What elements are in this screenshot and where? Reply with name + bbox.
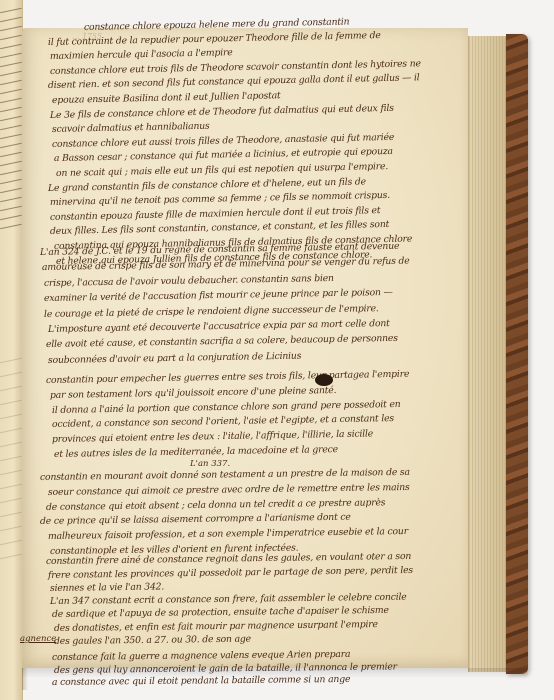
left-page-handwriting <box>0 44 22 51</box>
manuscript-line: provinces qui etoient entre les deux : l… <box>52 429 373 446</box>
manuscript-line: frere constant les provinces qu'il posse… <box>48 564 413 580</box>
left-page-handwriting <box>0 170 22 177</box>
left-page-handwriting <box>0 206 22 213</box>
left-page-handwriting <box>0 26 22 33</box>
manuscript-line: des donatistes, et enfin est fait mourir… <box>54 619 378 634</box>
manuscript-line: de constance qui etoit absent ; cela don… <box>46 497 385 513</box>
left-page-handwriting <box>0 134 22 141</box>
manuscript-line: Le 3e fils de constance chlore et de The… <box>50 102 394 120</box>
left-page-handwriting <box>0 188 22 195</box>
ink-blot <box>315 374 333 386</box>
left-page-handwriting <box>0 116 22 123</box>
left-page-handwriting <box>0 526 22 533</box>
left-page-handwriting <box>0 80 22 87</box>
handwritten-text: constance chlore epouza helene mere du g… <box>22 28 468 668</box>
left-page-handwriting <box>0 98 22 105</box>
manuscript-line: L'imposture ayant eté decouverte l'accus… <box>48 318 390 335</box>
manuscript-line: constantin en mourant avoit donné son te… <box>40 467 410 483</box>
left-page-handwriting <box>0 89 22 96</box>
manuscript-line: occident, a constance son second l'orien… <box>52 413 394 430</box>
left-page-handwriting <box>0 400 22 407</box>
book-shadow <box>22 668 528 678</box>
left-page-handwriting <box>0 484 22 491</box>
left-page-handwriting <box>0 386 22 393</box>
manuscript-page: … 1755 … constance chlore epouza helene … <box>22 28 468 668</box>
manuscript-line: constantin pour empecher les guerres ent… <box>46 369 409 386</box>
left-page-handwriting <box>0 17 22 24</box>
manuscript-line: epouza ensuite Basilina dont il eut Jull… <box>52 90 281 106</box>
manuscript-line: malheureux faisoit profession, et a son … <box>48 526 408 542</box>
left-page-handwriting <box>0 414 22 421</box>
left-page-handwriting <box>0 470 22 477</box>
left-page-handwriting <box>0 125 22 132</box>
left-page-handwriting <box>0 498 22 505</box>
manuscript-line: de sardique et l'apuya de sa protection,… <box>52 605 389 620</box>
manuscript-line: crispe, l'accusa de l'avoir voulu debauc… <box>44 273 334 289</box>
manuscript-photo: … 1755 … constance chlore epouza helene … <box>0 0 554 700</box>
manuscript-line: des gaules l'an 350. a 27. ou 30. de son… <box>54 634 251 647</box>
left-page-handwriting <box>0 372 22 379</box>
margin-annotation: agnence <box>20 634 56 644</box>
left-page-handwriting <box>0 53 22 60</box>
left-page-handwriting <box>0 512 22 519</box>
left-page-handwriting <box>0 8 22 15</box>
left-page-handwriting <box>0 35 22 42</box>
left-page-handwriting <box>0 428 22 435</box>
left-page-handwriting <box>0 540 22 547</box>
manuscript-line: soubconnées d'avoir eu part a la conjura… <box>48 350 301 365</box>
left-page-handwriting <box>0 224 22 231</box>
manuscript-line: elle avoit eté cause, et constantin sacr… <box>46 333 398 350</box>
manuscript-line: constance fait la guerre a magnence vale… <box>52 649 350 663</box>
left-page-handwriting <box>0 152 22 159</box>
left-page-handwriting <box>0 554 22 561</box>
marbled-cover <box>506 34 528 674</box>
left-page-handwriting <box>0 456 22 463</box>
left-page-handwriting <box>0 442 22 449</box>
manuscript-line: examiner la verité de l'accusation fist … <box>44 287 393 304</box>
left-page-edge <box>0 0 23 700</box>
manuscript-line: par son testament lors qu'il jouissoit e… <box>50 385 336 401</box>
manuscript-line: soeur constance qui aimoit ce prestre av… <box>48 482 410 498</box>
left-page-handwriting <box>0 358 22 365</box>
year-annotation: L'an 337. <box>190 459 230 469</box>
manuscript-line: le courage et la pieté de crispe le rend… <box>44 303 379 320</box>
left-page-handwriting <box>0 197 22 204</box>
manuscript-line: de ce prince qu'il se laissa aisement co… <box>40 512 351 527</box>
manuscript-line: scavoir dalmatius et hannibalianus <box>52 121 210 135</box>
left-page-handwriting <box>0 71 22 78</box>
manuscript-line: maximien hercule qui l'asocia a l'empire <box>50 47 233 62</box>
left-page-handwriting <box>0 215 22 222</box>
left-page-handwriting <box>0 161 22 168</box>
left-page-handwriting <box>0 107 22 114</box>
left-page-handwriting <box>0 179 22 186</box>
manuscript-line: siennes et la vie l'an 342. <box>50 581 164 594</box>
manuscript-line: et les autres isles de la mediterranée, … <box>54 444 338 460</box>
left-page-handwriting <box>0 62 22 69</box>
left-page-handwriting <box>0 143 22 150</box>
